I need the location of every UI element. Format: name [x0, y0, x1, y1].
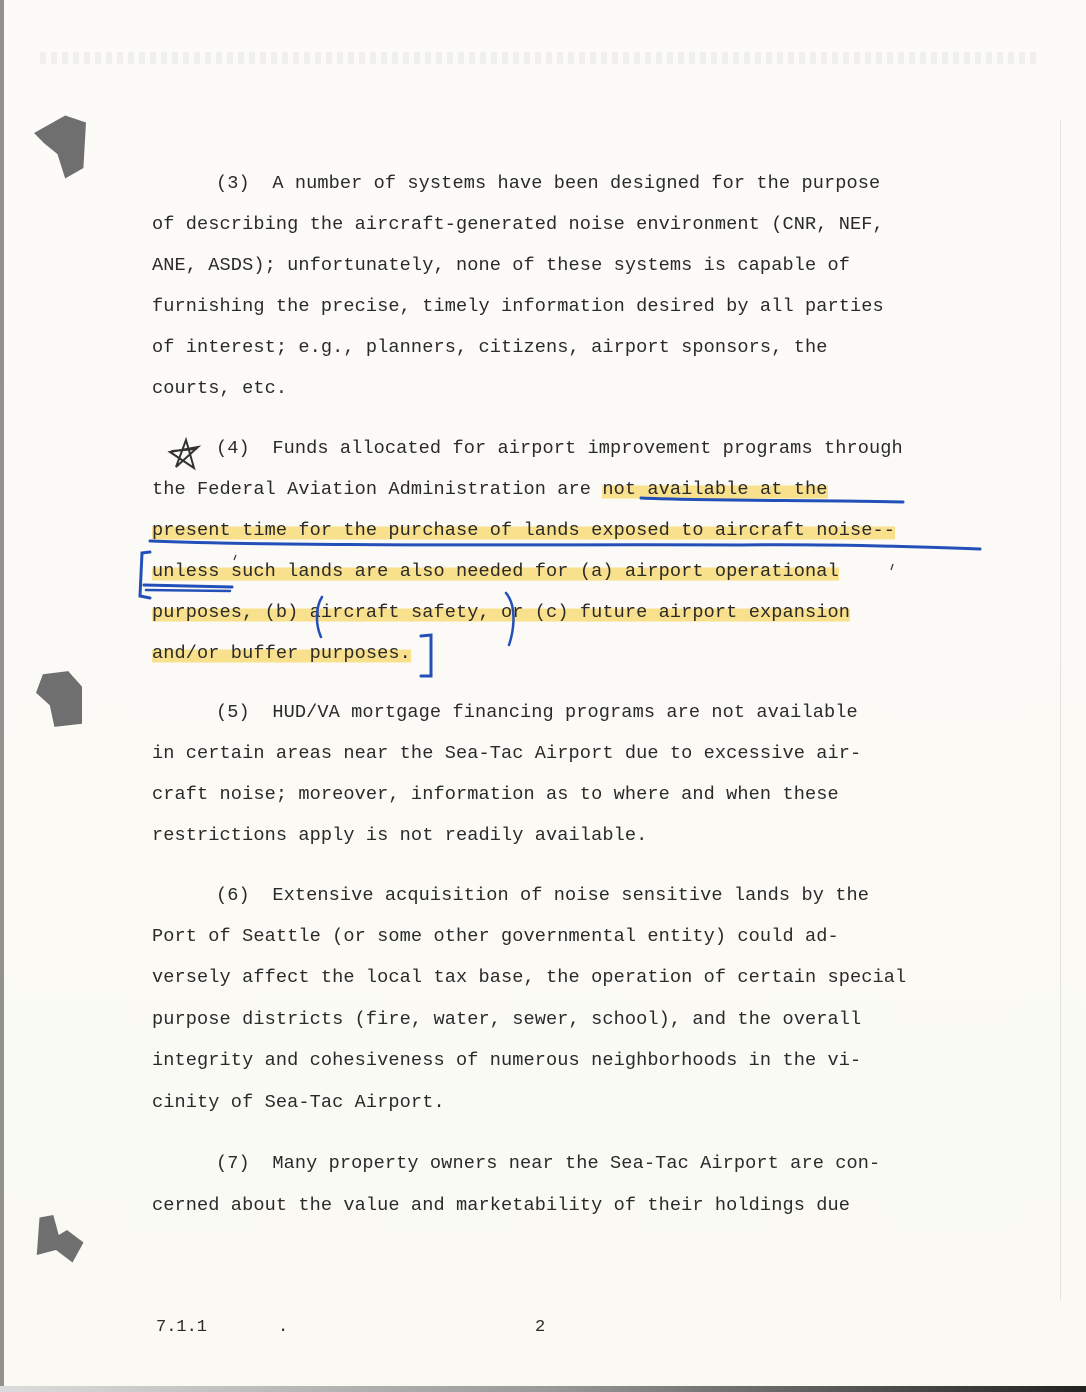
- paragraph-text: Many property owners near the Sea-Tac Ai…: [272, 1153, 880, 1174]
- star-icon: [170, 440, 198, 468]
- scan-bottom-edge: [0, 1386, 1086, 1392]
- paragraph-text: of describing the aircraft-generated noi…: [152, 214, 884, 236]
- document-page: (3) A number of systems have been design…: [0, 0, 1086, 1392]
- page-number: 2: [535, 1318, 545, 1337]
- pen-underline: [144, 585, 232, 587]
- paragraph-text: restrictions apply is not readily availa…: [152, 825, 647, 847]
- highlighted-text: aircraft safety,: [310, 602, 490, 623]
- paragraph-text: Extensive acquisition of noise sensitive…: [272, 885, 869, 906]
- highlighted-text: such lands are also needed for (a) airpo…: [220, 561, 839, 582]
- pen-annotations: [0, 0, 1086, 1392]
- paragraph-text: of interest; e.g., planners, citizens, a…: [152, 337, 827, 359]
- paragraph-text: Funds allocated for airport improvement …: [272, 438, 902, 459]
- paragraph-text: Port of Seattle (or some other governmen…: [152, 926, 839, 948]
- highlighted-text: unless: [152, 561, 220, 582]
- punch-hole-bottom: [34, 1215, 89, 1265]
- paragraph-text: A number of systems have been designed f…: [272, 173, 880, 194]
- paragraph-text: cinity of Sea-Tac Airport.: [152, 1092, 445, 1114]
- pen-underline: [146, 590, 230, 591]
- highlighted-text: and/or buffer purposes.: [152, 643, 411, 664]
- section-number: 7.1.1: [156, 1318, 207, 1337]
- pen-underline: [150, 541, 980, 549]
- footer-dot: .: [278, 1318, 288, 1337]
- highlighted-text: not available at the: [602, 479, 827, 500]
- paragraph-text: cerned about the value and marketability…: [152, 1195, 850, 1217]
- highlighted-text: or (c) future airport expansion: [490, 602, 850, 623]
- paragraph-text: in certain areas near the Sea-Tac Airpor…: [152, 743, 861, 765]
- punch-hole-top: [34, 112, 86, 182]
- paragraph-number: (4): [216, 438, 250, 459]
- highlighted-text: purposes, (b): [152, 602, 310, 623]
- bleed-through-text: [40, 52, 1040, 64]
- punch-hole-middle: [36, 668, 82, 730]
- paragraph-number: (6): [216, 885, 250, 906]
- paragraph-text: purpose districts (fire, water, sewer, s…: [152, 1009, 861, 1031]
- scan-left-edge: [0, 0, 4, 1392]
- paragraph-number: (3): [216, 173, 250, 194]
- paragraph-text: integrity and cohesiveness of numerous n…: [152, 1050, 861, 1072]
- paragraph-text: versely affect the local tax base, the o…: [152, 967, 906, 989]
- paragraph-text: HUD/VA mortgage financing programs are n…: [272, 702, 857, 723]
- paragraph-number: (7): [216, 1153, 250, 1174]
- pen-bracket-open: [140, 552, 150, 598]
- paragraph-text: furnishing the precise, timely informati…: [152, 296, 884, 318]
- paragraph-text: courts, etc.: [152, 378, 287, 400]
- paragraph-text: ANE, ASDS); unfortunately, none of these…: [152, 255, 850, 277]
- paragraph-text: the Federal Aviation Administration are: [152, 479, 602, 500]
- paragraph-number: (5): [216, 702, 250, 723]
- pen-bracket-close: [421, 635, 431, 676]
- page-crease: [1060, 120, 1061, 1300]
- highlighted-text: present time for the purchase of lands e…: [152, 520, 895, 541]
- paragraph-text: craft noise; moreover, information as to…: [152, 784, 839, 806]
